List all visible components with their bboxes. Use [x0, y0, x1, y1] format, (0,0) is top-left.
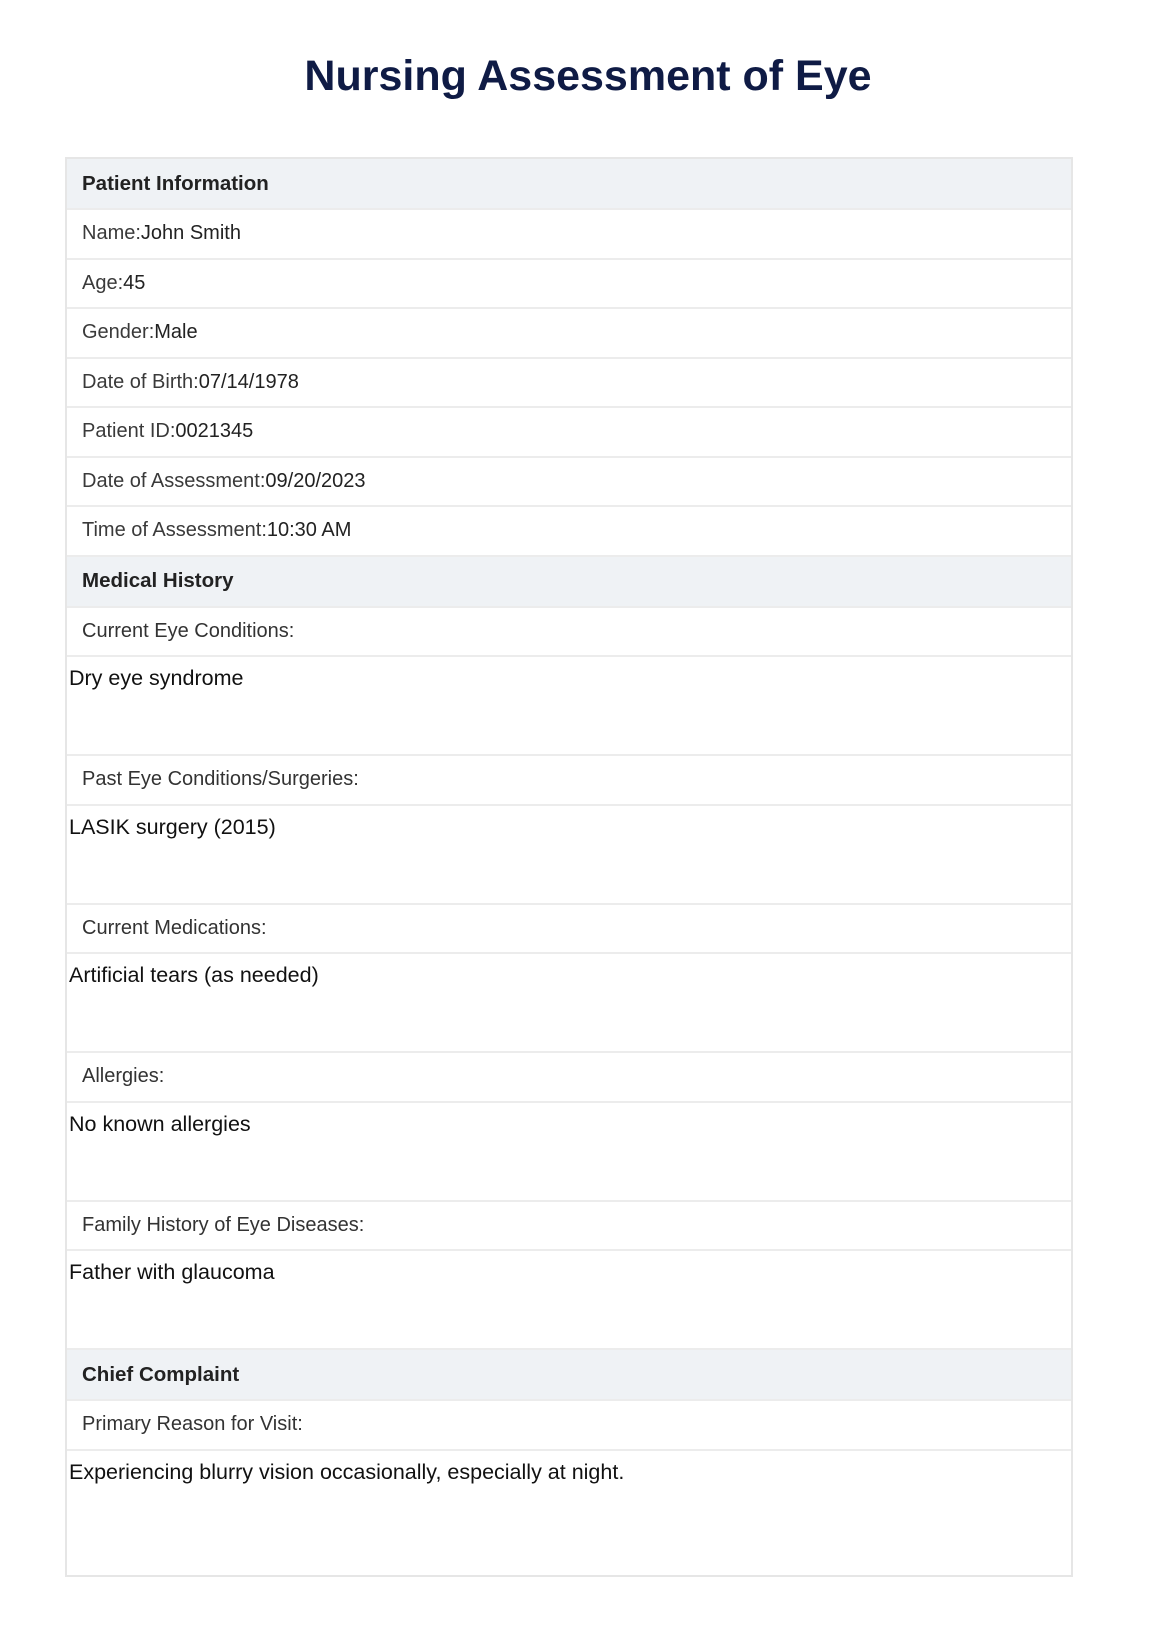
field-value[interactable]: 09/20/2023 — [265, 470, 365, 493]
field-value[interactable]: Male — [154, 321, 197, 344]
field-value[interactable]: 07/14/1978 — [199, 371, 299, 394]
field-name[interactable]: Name:John Smith — [67, 210, 1071, 260]
field-time-of-assessment[interactable]: Time of Assessment:10:30 AM — [67, 507, 1071, 557]
answer-primary-reason[interactable]: Experiencing blurry vision occasionally,… — [67, 1451, 1071, 1575]
field-label: Time of Assessment: — [82, 519, 267, 542]
field-date-of-assessment[interactable]: Date of Assessment:09/20/2023 — [67, 458, 1071, 508]
section-header-medical-history: Medical History — [67, 557, 1071, 608]
field-label: Patient ID: — [82, 420, 175, 443]
answer-past-eye-conditions[interactable]: LASIK surgery (2015) — [67, 806, 1071, 905]
question-label-primary-reason: Primary Reason for Visit: — [67, 1401, 1071, 1451]
question-label-current-eye-conditions: Current Eye Conditions: — [67, 608, 1071, 658]
document-title: Nursing Assessment of Eye — [0, 50, 1176, 102]
field-label: Name: — [82, 222, 141, 245]
field-patient-id[interactable]: Patient ID:0021345 — [67, 408, 1071, 458]
answer-allergies[interactable]: No known allergies — [67, 1103, 1071, 1202]
field-label: Gender: — [82, 321, 154, 344]
question-label-allergies: Allergies: — [67, 1053, 1071, 1103]
field-age[interactable]: Age:45 — [67, 260, 1071, 310]
field-value[interactable]: 0021345 — [175, 420, 253, 443]
question-label-current-medications: Current Medications: — [67, 905, 1071, 955]
field-value[interactable]: John Smith — [141, 222, 241, 245]
section-header-chief-complaint: Chief Complaint — [67, 1350, 1071, 1401]
field-label: Age: — [82, 272, 123, 295]
field-date-of-birth[interactable]: Date of Birth:07/14/1978 — [67, 359, 1071, 409]
field-gender[interactable]: Gender:Male — [67, 309, 1071, 359]
question-label-past-eye-conditions: Past Eye Conditions/Surgeries: — [67, 756, 1071, 806]
section-header-patient-information: Patient Information — [67, 159, 1071, 210]
field-label: Date of Birth: — [82, 371, 199, 394]
question-label-family-history: Family History of Eye Diseases: — [67, 1202, 1071, 1252]
field-label: Date of Assessment: — [82, 470, 265, 493]
answer-current-eye-conditions[interactable]: Dry eye syndrome — [67, 657, 1071, 756]
field-value[interactable]: 45 — [123, 272, 145, 295]
assessment-form: Patient Information Name:John Smith Age:… — [65, 157, 1073, 1577]
answer-family-history[interactable]: Father with glaucoma — [67, 1251, 1071, 1350]
answer-current-medications[interactable]: Artificial tears (as needed) — [67, 954, 1071, 1053]
field-value[interactable]: 10:30 AM — [267, 519, 352, 542]
